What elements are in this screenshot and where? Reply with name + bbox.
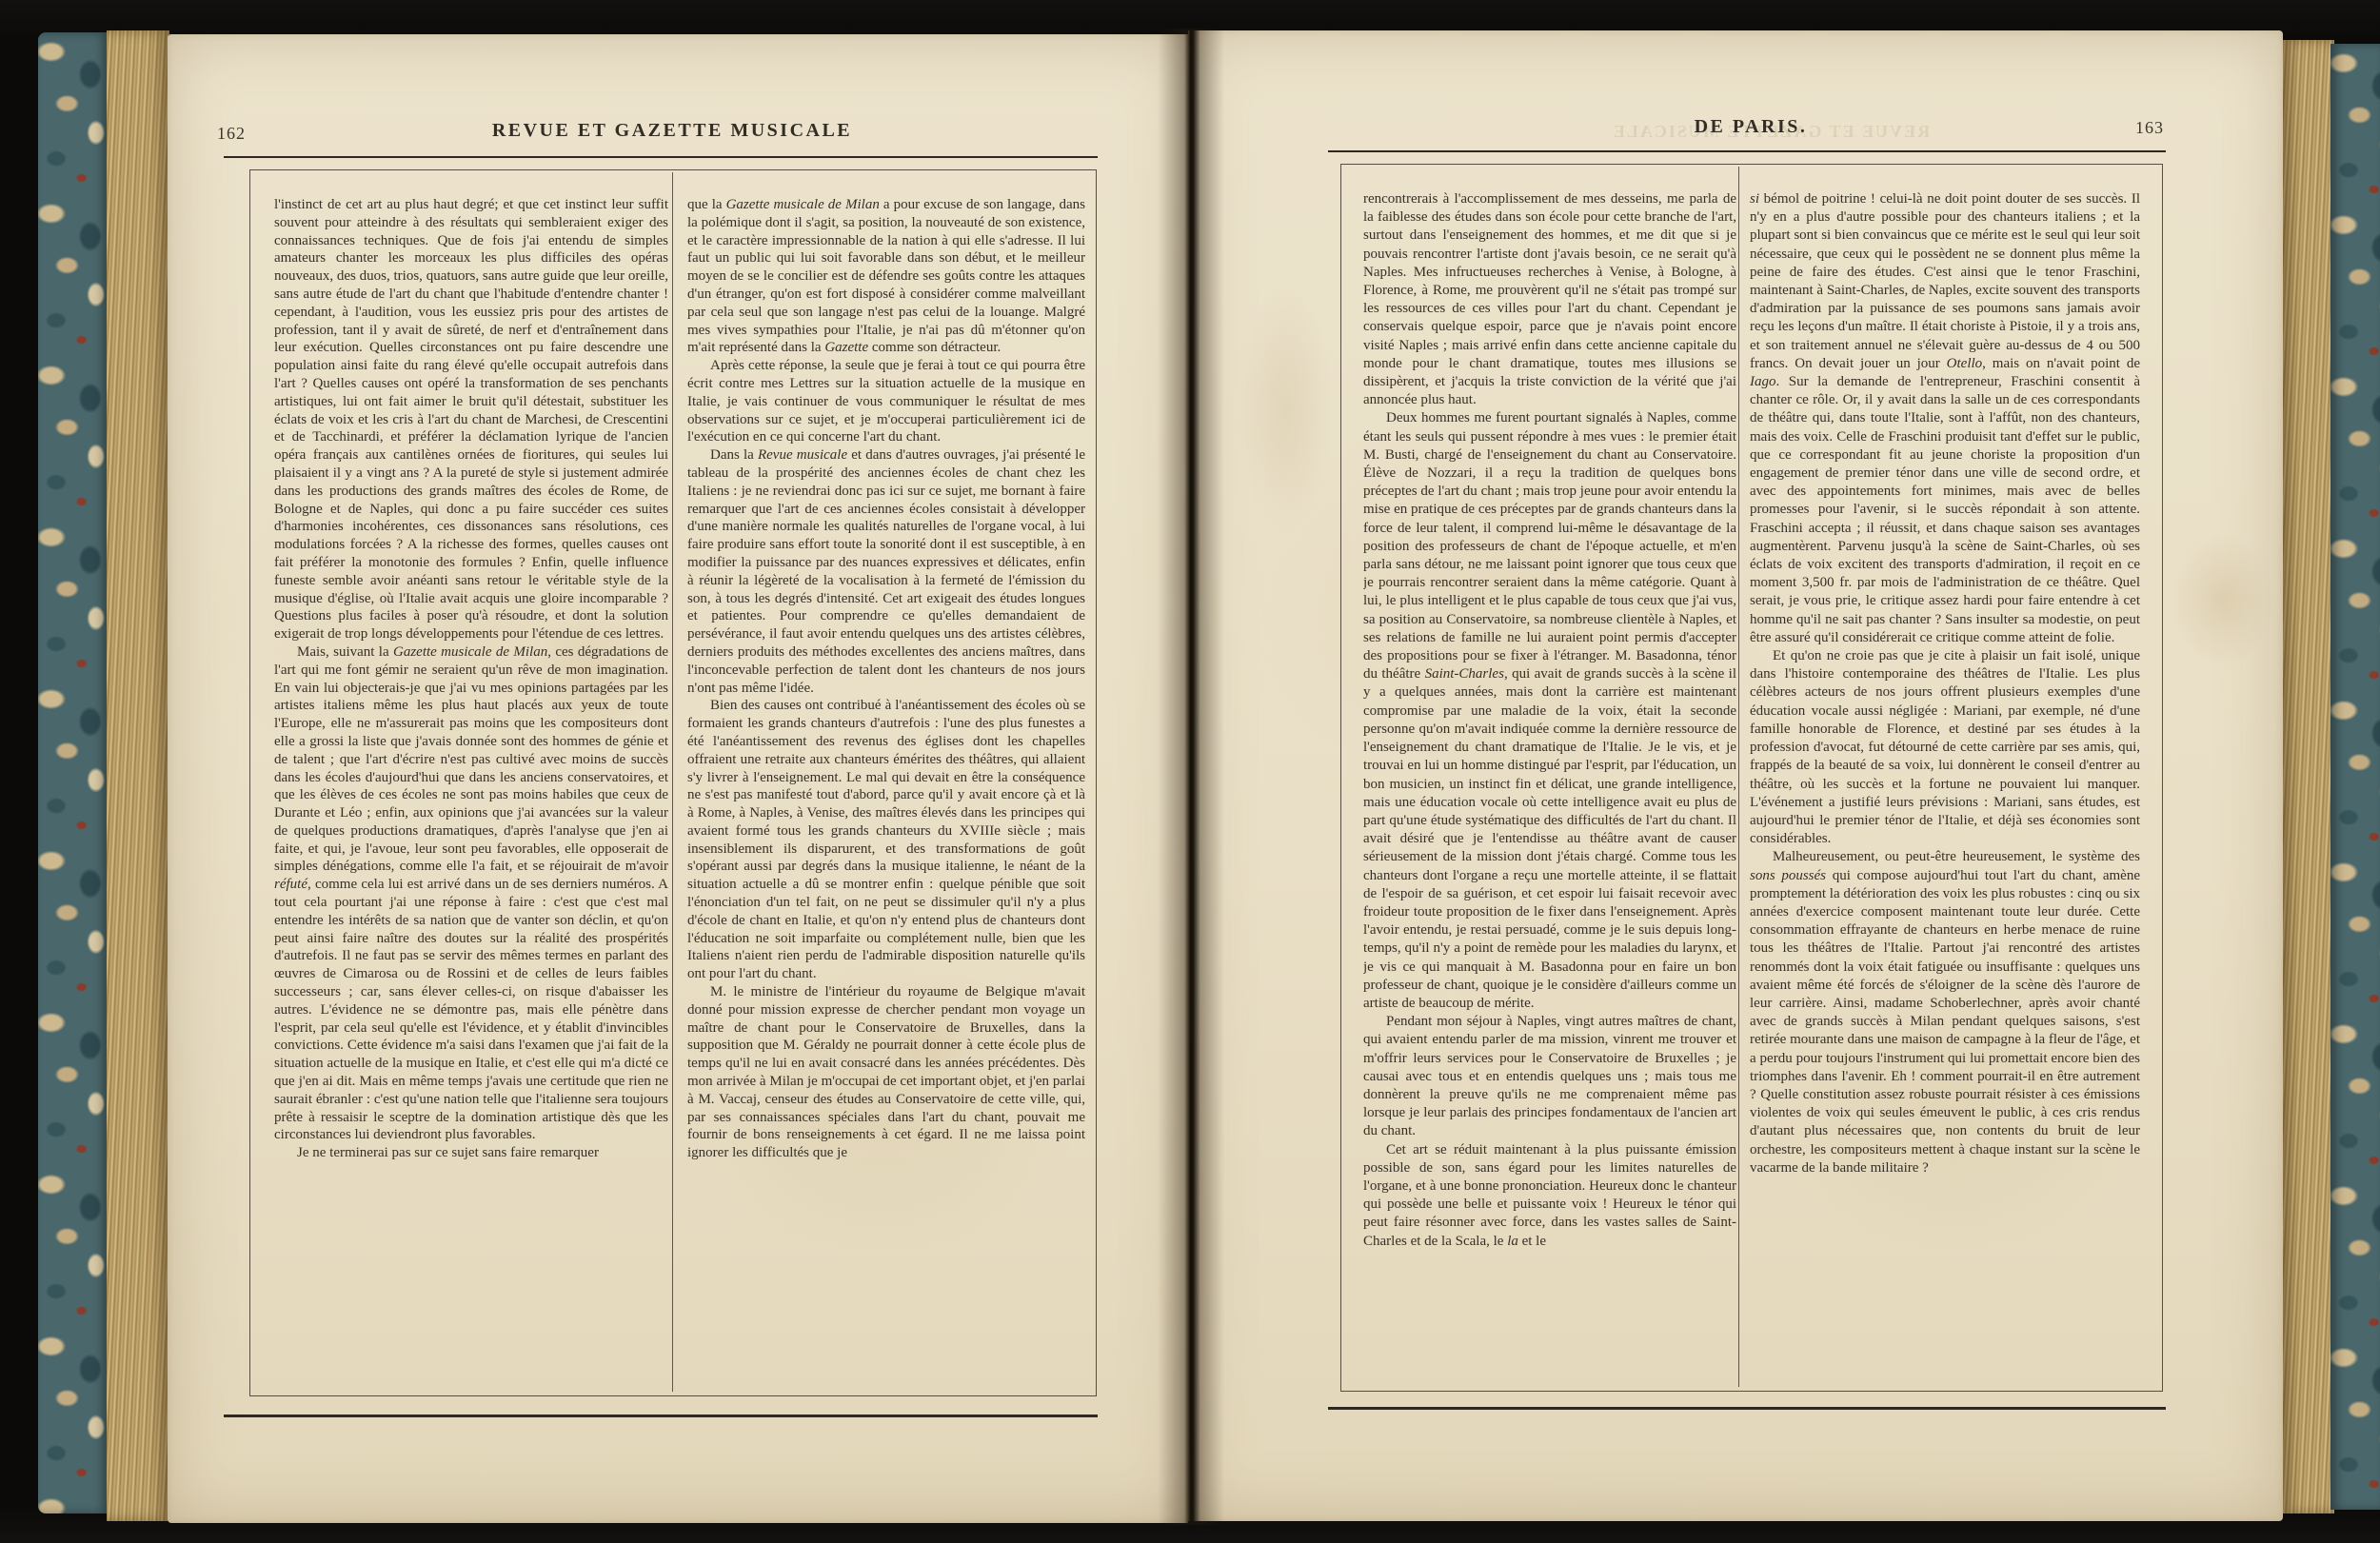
paragraph: Après cette réponse, la seule que je fer…	[687, 357, 1085, 446]
page-number-left: 162	[217, 124, 246, 144]
footer-rule-right	[1328, 1407, 2166, 1410]
paragraph: Je ne terminerai pas sur ce sujet sans f…	[274, 1144, 668, 1162]
column-divider-left	[672, 172, 673, 1392]
book-gutter	[1158, 29, 1224, 1525]
column-left-2: que la Gazette musicale de Milan a pour …	[687, 196, 1085, 1388]
paragraph: Pendant mon séjour à Naples, vingt autre…	[1363, 1013, 1736, 1140]
column-right-2: si bémol de poitrine ! celui-là ne doit …	[1750, 190, 2140, 1382]
page-number-right: 163	[2135, 118, 2164, 138]
footer-rule-left	[224, 1414, 1098, 1417]
paragraph: si bémol de poitrine ! celui-là ne doit …	[1750, 190, 2140, 647]
running-title-left: REVUE ET GAZETTE MUSICALE	[249, 120, 1095, 142]
running-title-right: DE PARIS.	[1340, 116, 2161, 138]
marbled-edge-left	[38, 32, 109, 1513]
gilt-page-edges-right	[2281, 40, 2334, 1513]
paragraph: l'instinct de cet art au plus haut degré…	[274, 196, 668, 643]
paragraph: Mais, suivant la Gazette musicale de Mil…	[274, 643, 668, 1144]
column-left-1: l'instinct de cet art au plus haut degré…	[274, 196, 668, 1388]
header-rule-right	[1328, 150, 2166, 152]
paragraph: Deux hommes me furent pourtant signalés …	[1363, 409, 1736, 1013]
paragraph: Dans la Revue musicale et dans d'autres …	[687, 446, 1085, 697]
marbled-edge-right	[2330, 44, 2380, 1510]
book-scan: 162 REVUE ET GAZETTE MUSICALE l'instinct…	[0, 0, 2380, 1543]
paragraph: Et qu'on ne croie pas que je cite à plai…	[1750, 647, 2140, 848]
column-right-1: rencontrerais à l'accomplissement de mes…	[1363, 190, 1736, 1382]
paragraph: M. le ministre de l'intérieur du royaume…	[687, 983, 1085, 1162]
column-divider-right	[1738, 167, 1739, 1387]
paragraph: Malheureusement, ou peut-être heureuseme…	[1750, 848, 2140, 1177]
gilt-page-edges-left	[107, 30, 169, 1521]
paragraph: que la Gazette musicale de Milan a pour …	[687, 196, 1085, 357]
paragraph: rencontrerais à l'accomplissement de mes…	[1363, 190, 1736, 409]
paragraph: Bien des causes ont contribué à l'anéant…	[687, 697, 1085, 983]
paragraph: Cet art se réduit maintenant à la plus p…	[1363, 1141, 1736, 1251]
header-rule-left	[224, 156, 1098, 158]
